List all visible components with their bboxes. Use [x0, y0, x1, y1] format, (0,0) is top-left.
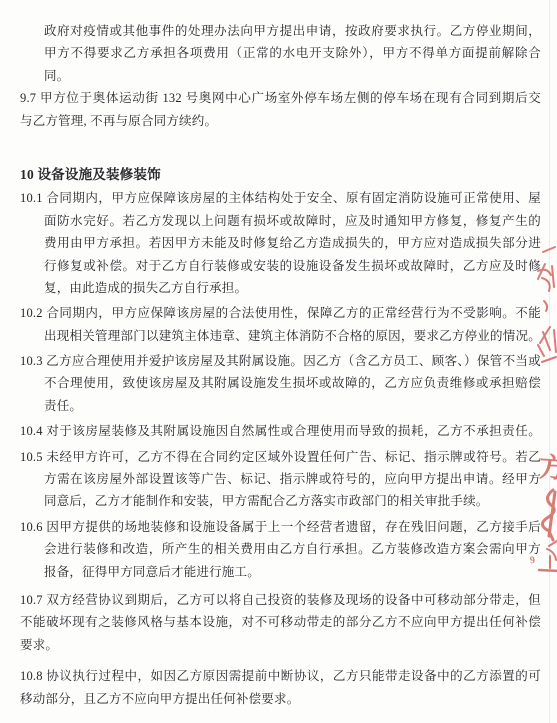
- clause-10-2: 10.2 合同期内，甲方应保障该房屋的合法使用性，保障乙方的正常经营行为不受影响…: [0, 302, 557, 347]
- document-line: 9.7 甲方位于奥体运动街 132 号奥网中心广场室外停车场左侧的停车场在现有合…: [20, 87, 541, 109]
- document-page: 政府对疫情或其他事件的处理办法向甲方提出申请，按政府要求执行。乙方停业期间，甲方…: [0, 0, 557, 723]
- document-line: 甲方不得要求乙方承担各项费用（正常的水电开支除外），甲方不得单方面提前解除合: [44, 42, 541, 64]
- document-line: 报备，征得甲方同意后才能进行施工。: [44, 561, 541, 583]
- document-line: 要求。: [20, 634, 541, 656]
- document-line: 与乙方管理, 不再与原合同方续约。: [20, 110, 541, 132]
- document-line: 10.5 未经甲方许可，乙方不得在合同约定区域外设置任何广告、标记、指示牌或符号…: [20, 446, 541, 468]
- document-line: 10.7 双方经营协议到期后，乙方可以将自己投资的装修及现场的设备中可移动部分带…: [20, 589, 541, 611]
- clause-10-8: 10.8 协议执行过程中，如因乙方原因需提前中断协议，乙方只能带走设备中的乙方添…: [0, 665, 557, 710]
- document-line: 责任。: [44, 395, 541, 417]
- document-line: 10.3 乙方应合理使用并爱护该房屋及其附属设施。因乙方（含乙方员工、顾客、）保…: [20, 350, 541, 372]
- document-line: 会进行装修和改造，所产生的相关费用由乙方自行承担。乙方装修改造方案会需向甲方: [44, 538, 541, 560]
- document-line: 10.2 合同期内，甲方应保障该房屋的合法使用性，保障乙方的正常经营行为不受影响…: [20, 302, 541, 324]
- clause-10-1: 10.1 合同期内，甲方应保障该房屋的主体结构处于安全、原有固定消防设施可正常使…: [0, 187, 557, 299]
- document-line: 不能破坏现有之装修风格与基本设施，对不可移动带走的部分乙方不应向甲方提出任何补偿: [20, 611, 541, 633]
- document-line: 10 设备设施及装修装饰: [20, 164, 541, 186]
- document-line: 政府对疫情或其他事件的处理办法向甲方提出申请，按政府要求执行。乙方停业期间，: [44, 20, 541, 42]
- document-line: 面防水完好。若乙方发现以上问题有损坏或故障时，应及时通知甲方修复，修复产生的: [44, 210, 541, 232]
- contract-text: 政府对疫情或其他事件的处理办法向甲方提出申请，按政府要求执行。乙方停业期间，甲方…: [0, 20, 557, 710]
- clause-10-4: 10.4 对于该房屋装修及其附属设施因自然属性或合理使用而导致的损耗，乙方不承担…: [0, 420, 557, 442]
- section-10-heading: 10 设备设施及装修装饰: [0, 164, 557, 186]
- document-line: 同。: [44, 65, 541, 87]
- clause-10-3: 10.3 乙方应合理使用并爱护该房屋及其附属设施。因乙方（含乙方员工、顾客、）保…: [0, 350, 557, 417]
- document-line: 移动部分，且乙方不应向甲方提出任何补偿要求。: [20, 688, 541, 710]
- document-line: 方需在该房屋外部设置该等广告、标记、指示牌或符号的，应向甲方提出申请。经甲方: [44, 468, 541, 490]
- document-line: 费用由甲方承担。若因甲方未能及时修复给乙方造成损失的，甲方应对造成损失部分进: [44, 232, 541, 254]
- document-line: 复，由此造成的损失乙方自行承担。: [44, 277, 541, 299]
- page-edge-line: [549, 0, 550, 723]
- document-line: 行修复或补偿。对于乙方自行装修或安装的设施设备发生损坏或故障时，乙方应及时修: [44, 255, 541, 277]
- document-line: 同意后，乙方才能制作和安装，甲方需配合乙方落实市政部门的相关审批手续。: [44, 490, 541, 512]
- clause-9-6-continuation: 政府对疫情或其他事件的处理办法向甲方提出申请，按政府要求执行。乙方停业期间，甲方…: [0, 20, 557, 87]
- clause-9-7: 9.7 甲方位于奥体运动街 132 号奥网中心广场室外停车场左侧的停车场在现有合…: [0, 87, 557, 132]
- document-line: 不合理使用，致使该房屋及其附属设施发生损坏或故障的，乙方应负责维修或承担赔偿: [44, 372, 541, 394]
- document-line: 10.6 因甲方提供的场地装修和设施设备属于上一个经营者遗留，存在残旧问题，乙方…: [20, 516, 541, 538]
- document-line: 10.1 合同期内，甲方应保障该房屋的主体结构处于安全、原有固定消防设施可正常使…: [20, 187, 541, 209]
- clause-10-6: 10.6 因甲方提供的场地装修和设施设备属于上一个经营者遗留，存在残旧问题，乙方…: [0, 516, 557, 583]
- document-line: 出现相关管理部门以建筑主体违章、建筑主体消防不合格的原因，要求乙方停业的情况。: [44, 325, 541, 347]
- document-line: 10.4 对于该房屋装修及其附属设施因自然属性或合理使用而导致的损耗，乙方不承担…: [20, 420, 541, 442]
- clause-10-7: 10.7 双方经营协议到期后，乙方可以将自己投资的装修及现场的设备中可移动部分带…: [0, 589, 557, 656]
- document-line: 10.8 协议执行过程中，如因乙方原因需提前中断协议，乙方只能带走设备中的乙方添…: [20, 665, 541, 687]
- clause-10-5: 10.5 未经甲方许可，乙方不得在合同约定区域外设置任何广告、标记、指示牌或符号…: [0, 446, 557, 513]
